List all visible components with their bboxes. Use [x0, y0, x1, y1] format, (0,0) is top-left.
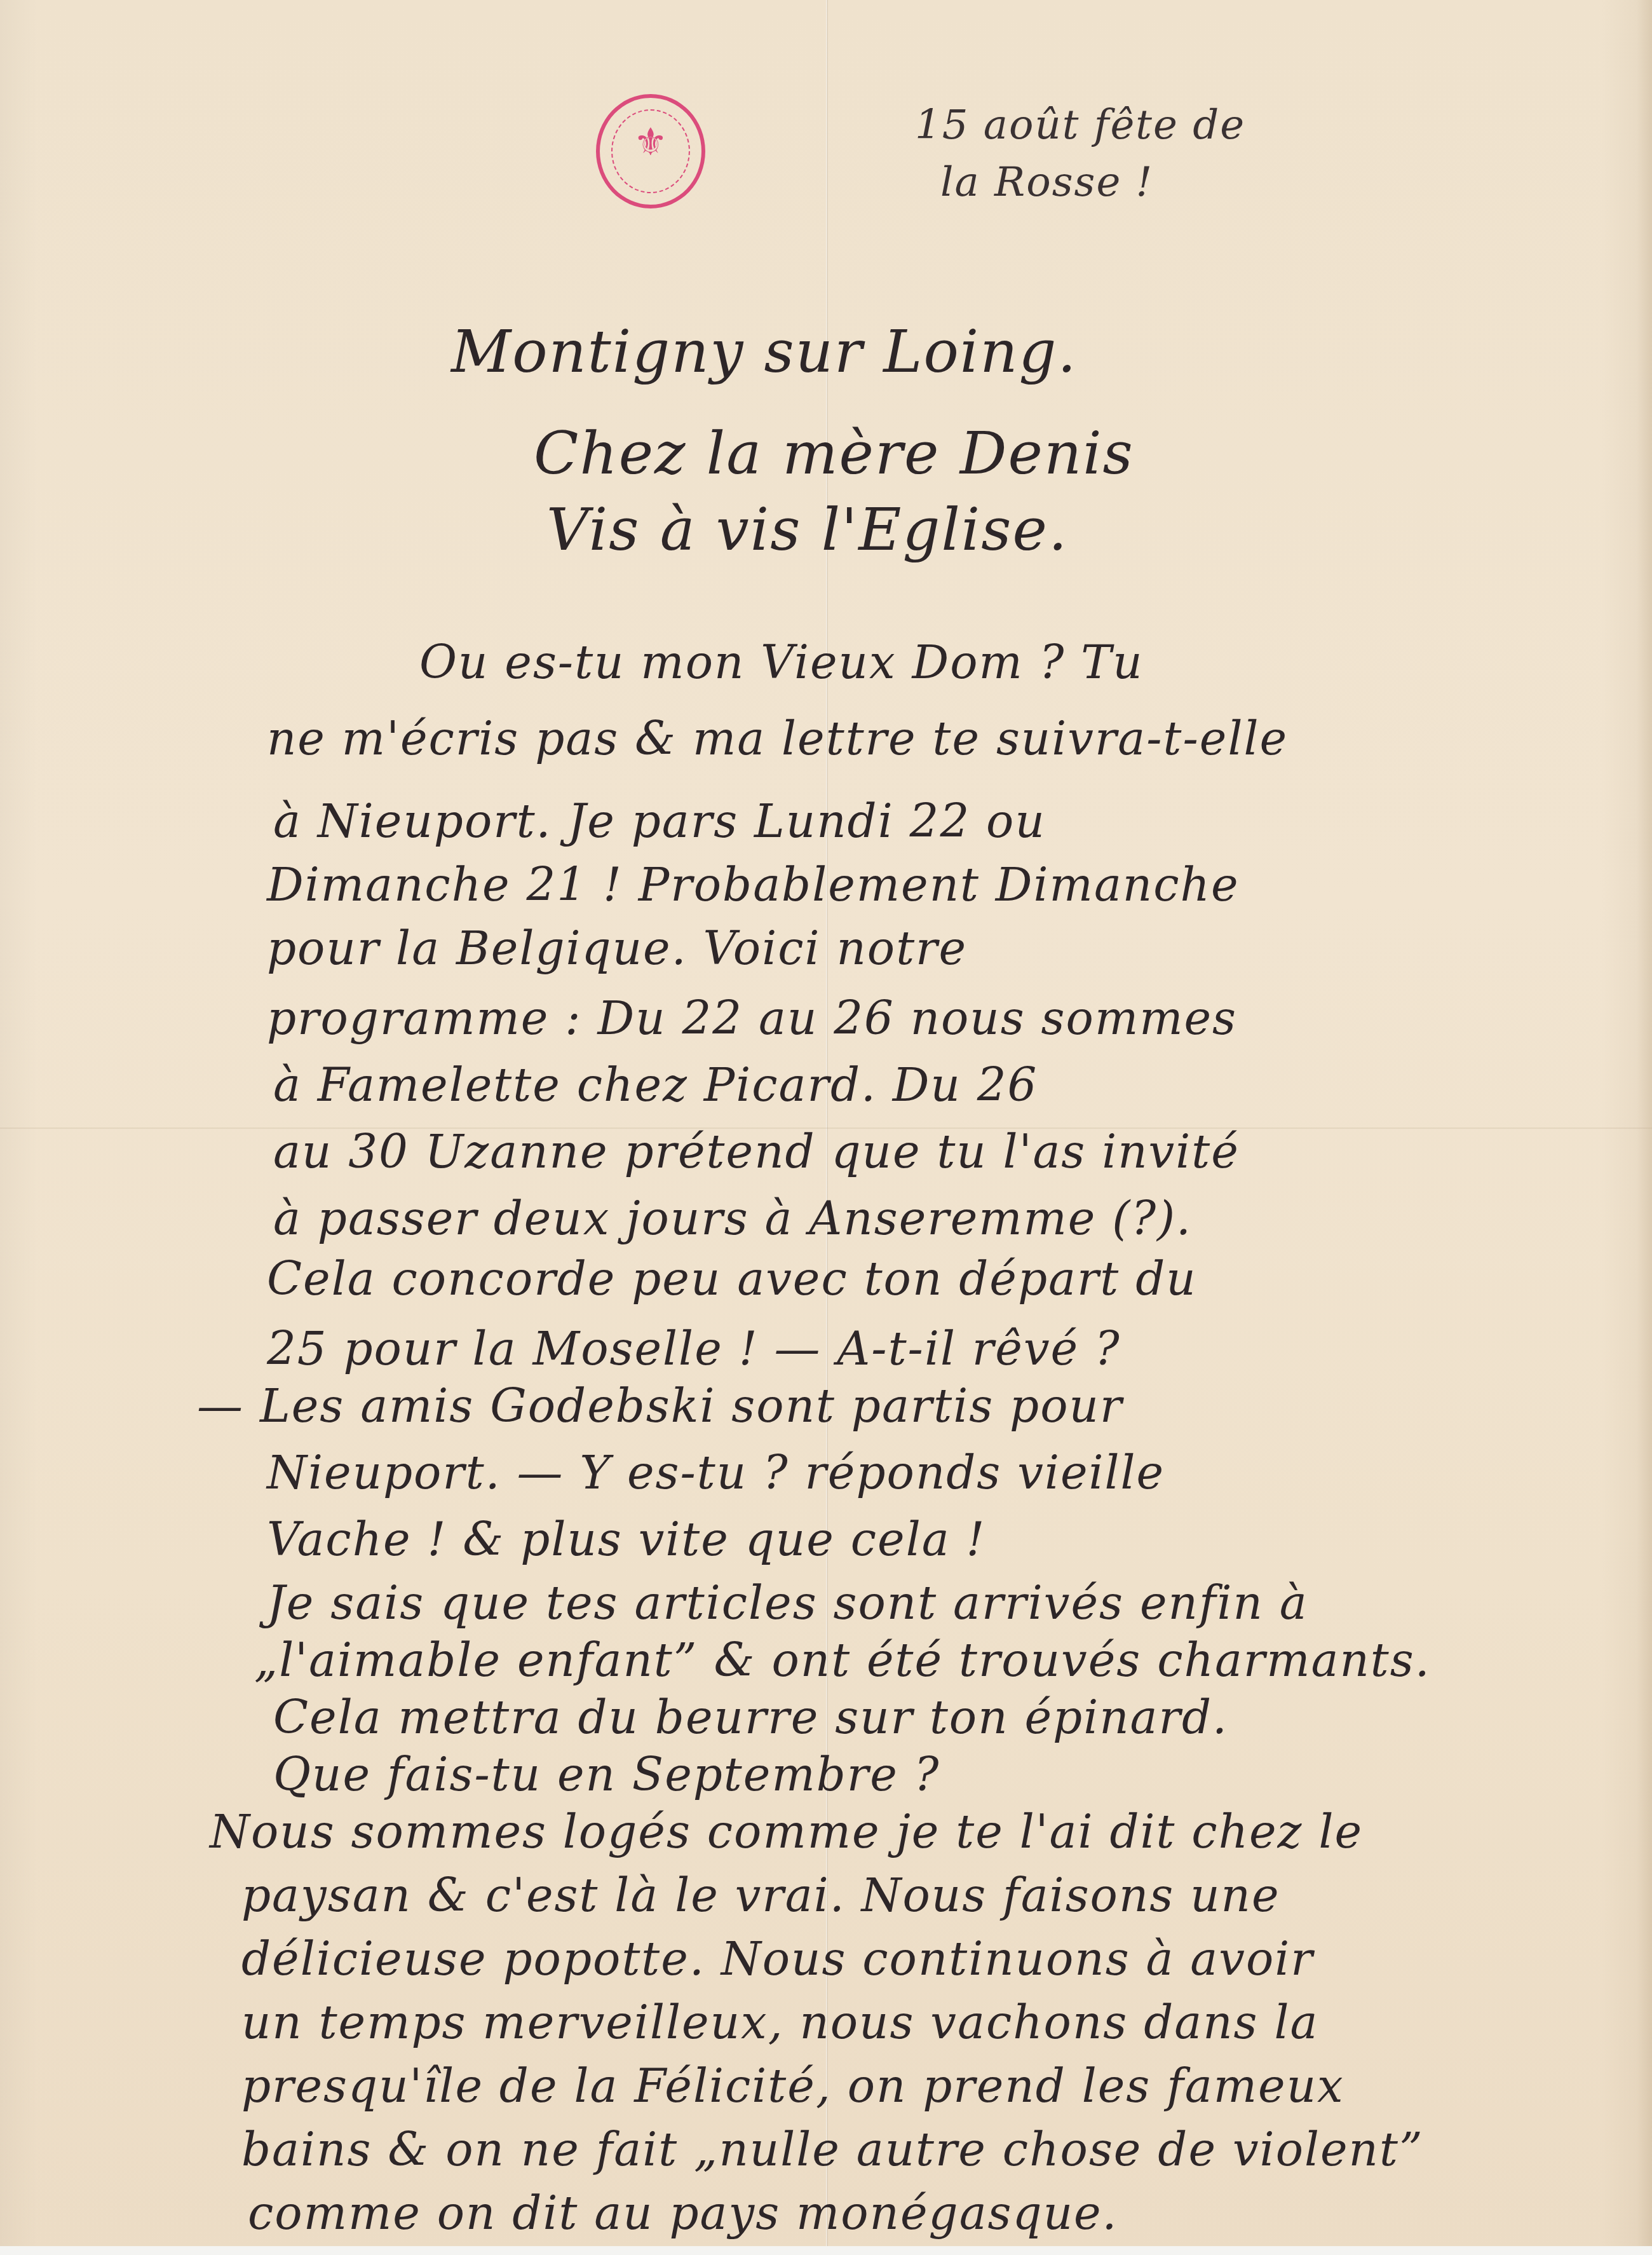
paper-bottom-edge: [0, 2246, 1652, 2255]
body-line-16: „l'aimable enfant” & ont été trouvés cha…: [254, 1633, 1431, 1687]
date-note-line-2: la Rosse !: [940, 159, 1153, 206]
body-line-14: Vache ! & plus vite que cela !: [267, 1513, 985, 1566]
body-line-20: paysan & c'est là le vrai. Nous faisons …: [241, 1869, 1280, 1922]
body-line-19: Nous sommes logés comme je te l'ai dit c…: [210, 1805, 1363, 1858]
body-line-1: Ou es-tu mon Vieux Dom ? Tu: [419, 636, 1144, 689]
body-line-15: Je sais que tes articles sont arrivés en…: [267, 1576, 1308, 1630]
library-stamp: BIBLIOTHÈQUE ROYALE ⚜: [596, 94, 705, 208]
fleur-de-lis-icon: ⚜: [600, 123, 701, 161]
body-line-11: 25 pour la Moselle ! — A-t-il rêvé ?: [267, 1322, 1121, 1375]
body-line-9: à passer deux jours à Anseremme (?).: [273, 1192, 1192, 1245]
body-line-23: presqu'île de la Félicité, on prend les …: [241, 2059, 1344, 2113]
body-line-3: à Nieuport. Je pars Lundi 22 ou: [273, 794, 1046, 848]
body-line-10: Cela concorde peu avec ton départ du: [267, 1252, 1197, 1305]
body-line-6: programme : Du 22 au 26 nous sommes: [267, 991, 1237, 1045]
body-line-22: un temps merveilleux, nous vachons dans …: [241, 1996, 1318, 2049]
paper-right-edge: [1637, 0, 1652, 2255]
body-line-7: à Famelette chez Picard. Du 26: [273, 1058, 1038, 1112]
body-line-2: ne m'écris pas & ma lettre te suivra-t-e…: [267, 712, 1288, 765]
body-line-25: comme on dit au pays monégasque.: [248, 2186, 1118, 2240]
body-line-21: délicieuse popotte. Nous continuons à av…: [241, 1932, 1314, 1986]
body-line-24: bains & on ne fait „nulle autre chose de…: [241, 2123, 1424, 2176]
address-line-2: Chez la mère Denis: [534, 419, 1134, 487]
body-line-5: pour la Belgique. Voici notre: [267, 922, 967, 975]
address-line-1: Montigny sur Loing.: [451, 318, 1078, 386]
body-line-8: au 30 Uzanne prétend que tu l'as invité: [273, 1125, 1240, 1178]
body-line-18: Que fais-tu en Septembre ?: [273, 1748, 940, 1801]
address-line-3: Vis à vis l'Eglise.: [546, 496, 1068, 564]
date-note-line-1: 15 août fête de: [915, 102, 1245, 149]
body-line-13: Nieuport. — Y es-tu ? réponds vieille: [267, 1446, 1165, 1499]
body-line-17: Cela mettra du beurre sur ton épinard.: [273, 1691, 1228, 1744]
body-line-12: — Les amis Godebski sont partis pour: [197, 1379, 1123, 1433]
body-line-4: Dimanche 21 ! Probablement Dimanche: [267, 858, 1240, 911]
